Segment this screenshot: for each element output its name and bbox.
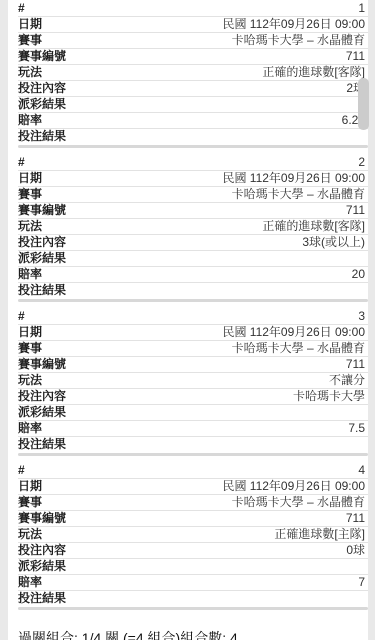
event-row: 賽事 卡哈瑪卡大學 – 水晶體育 bbox=[8, 494, 368, 510]
payout-result-row: 派彩結果 bbox=[8, 404, 368, 420]
bet-block-2: # 2 日期 民國 112年09月26日 09:00 賽事 卡哈瑪卡大學 – 水… bbox=[8, 154, 368, 298]
play-row: 玩法 正確的進球數[客隊] bbox=[8, 64, 368, 80]
date-row: 日期 民國 112年09月26日 09:00 bbox=[8, 170, 368, 186]
bet-content-label: 投注內容 bbox=[18, 388, 66, 404]
parlay-summary: 過關組合: 1/4 關 (=4 組合)組合數: 4 bbox=[8, 616, 368, 640]
play-row: 玩法 正確的進球數[客隊] bbox=[8, 218, 368, 234]
play-label: 玩法 bbox=[18, 372, 42, 388]
event-row: 賽事 卡哈瑪卡大學 – 水晶體育 bbox=[8, 32, 368, 48]
index-value: 2 bbox=[358, 154, 365, 170]
bet-result-row: 投注結果 bbox=[8, 590, 368, 606]
event-no-row: 賽事編號 711 bbox=[8, 356, 368, 372]
payout-result-row: 派彩結果 bbox=[8, 558, 368, 574]
bet-result-row: 投注結果 bbox=[8, 436, 368, 452]
bet-content-value: 0球 bbox=[346, 542, 365, 558]
payout-result-label: 派彩結果 bbox=[18, 558, 66, 574]
date-row: 日期 民國 112年09月26日 09:00 bbox=[8, 16, 368, 32]
payout-result-label: 派彩結果 bbox=[18, 250, 66, 266]
bet-result-label: 投注結果 bbox=[18, 282, 66, 298]
event-label: 賽事 bbox=[18, 186, 42, 202]
bet-content-value: 卡哈瑪卡大學 bbox=[293, 388, 365, 404]
odds-row: 賠率 6.25 bbox=[8, 112, 368, 128]
bet-content-label: 投注內容 bbox=[18, 234, 66, 250]
index-row: # 1 bbox=[8, 0, 368, 16]
odds-row: 賠率 20 bbox=[8, 266, 368, 282]
odds-label: 賠率 bbox=[18, 266, 42, 282]
date-row: 日期 民國 112年09月26日 09:00 bbox=[8, 478, 368, 494]
date-label: 日期 bbox=[18, 16, 42, 32]
play-row: 玩法 正確進球數[主隊] bbox=[8, 526, 368, 542]
event-no-label: 賽事編號 bbox=[18, 356, 66, 372]
odds-label: 賠率 bbox=[18, 574, 42, 590]
bet-block-4: # 4 日期 民國 112年09月26日 09:00 賽事 卡哈瑪卡大學 – 水… bbox=[8, 462, 368, 606]
bet-block-1: # 1 日期 民國 112年09月26日 09:00 賽事 卡哈瑪卡大學 – 水… bbox=[8, 0, 368, 144]
event-no-label: 賽事編號 bbox=[18, 510, 66, 526]
odds-value: 7 bbox=[358, 574, 365, 590]
payout-result-label: 派彩結果 bbox=[18, 404, 66, 420]
play-value: 不讓分 bbox=[329, 372, 365, 388]
play-value: 正確的進球數[客隊] bbox=[262, 64, 365, 80]
scrollbar[interactable] bbox=[358, 78, 369, 130]
bet-content-row: 投注內容 3球(或以上) bbox=[8, 234, 368, 250]
date-value: 民國 112年09月26日 09:00 bbox=[222, 478, 365, 494]
index-value: 4 bbox=[358, 462, 365, 478]
bet-content-row: 投注內容 2球 bbox=[8, 80, 368, 96]
bet-content-row: 投注內容 0球 bbox=[8, 542, 368, 558]
event-no-value: 711 bbox=[346, 356, 365, 372]
index-value: 1 bbox=[358, 0, 365, 16]
event-value: 卡哈瑪卡大學 – 水晶體育 bbox=[232, 186, 365, 202]
bet-result-label: 投注結果 bbox=[18, 128, 66, 144]
date-value: 民國 112年09月26日 09:00 bbox=[222, 324, 365, 340]
payout-result-row: 派彩結果 bbox=[8, 96, 368, 112]
bet-result-label: 投注結果 bbox=[18, 436, 66, 452]
index-label: # bbox=[18, 462, 25, 478]
index-row: # 4 bbox=[8, 462, 368, 478]
odds-row: 賠率 7.5 bbox=[8, 420, 368, 436]
play-label: 玩法 bbox=[18, 64, 42, 80]
event-no-row: 賽事編號 711 bbox=[8, 202, 368, 218]
event-no-value: 711 bbox=[346, 510, 365, 526]
index-label: # bbox=[18, 0, 25, 16]
date-label: 日期 bbox=[18, 170, 42, 186]
block-divider bbox=[18, 607, 368, 610]
index-row: # 2 bbox=[8, 154, 368, 170]
date-label: 日期 bbox=[18, 324, 42, 340]
odds-label: 賠率 bbox=[18, 420, 42, 436]
index-row: # 3 bbox=[8, 308, 368, 324]
play-value: 正確的進球數[客隊] bbox=[262, 218, 365, 234]
event-label: 賽事 bbox=[18, 340, 42, 356]
event-row: 賽事 卡哈瑪卡大學 – 水晶體育 bbox=[8, 340, 368, 356]
date-value: 民國 112年09月26日 09:00 bbox=[222, 16, 365, 32]
date-row: 日期 民國 112年09月26日 09:00 bbox=[8, 324, 368, 340]
payout-result-label: 派彩結果 bbox=[18, 96, 66, 112]
event-no-label: 賽事編號 bbox=[18, 48, 66, 64]
event-no-row: 賽事編號 711 bbox=[8, 48, 368, 64]
event-value: 卡哈瑪卡大學 – 水晶體育 bbox=[232, 340, 365, 356]
event-no-row: 賽事編號 711 bbox=[8, 510, 368, 526]
event-value: 卡哈瑪卡大學 – 水晶體育 bbox=[232, 32, 365, 48]
play-row: 玩法 不讓分 bbox=[8, 372, 368, 388]
bet-content-label: 投注內容 bbox=[18, 542, 66, 558]
bet-content-row: 投注內容 卡哈瑪卡大學 bbox=[8, 388, 368, 404]
bet-result-row: 投注結果 bbox=[8, 282, 368, 298]
bet-result-label: 投注結果 bbox=[18, 590, 66, 606]
event-row: 賽事 卡哈瑪卡大學 – 水晶體育 bbox=[8, 186, 368, 202]
play-label: 玩法 bbox=[18, 526, 42, 542]
event-no-label: 賽事編號 bbox=[18, 202, 66, 218]
event-no-value: 711 bbox=[346, 48, 365, 64]
bet-content-label: 投注內容 bbox=[18, 80, 66, 96]
bet-block-3: # 3 日期 民國 112年09月26日 09:00 賽事 卡哈瑪卡大學 – 水… bbox=[8, 308, 368, 452]
index-value: 3 bbox=[358, 308, 365, 324]
block-divider bbox=[18, 453, 368, 456]
odds-value: 20 bbox=[352, 266, 365, 282]
odds-value: 7.5 bbox=[348, 420, 365, 436]
odds-label: 賠率 bbox=[18, 112, 42, 128]
date-label: 日期 bbox=[18, 478, 42, 494]
play-value: 正確進球數[主隊] bbox=[274, 526, 365, 542]
block-divider bbox=[18, 299, 368, 302]
event-label: 賽事 bbox=[18, 494, 42, 510]
event-value: 卡哈瑪卡大學 – 水晶體育 bbox=[232, 494, 365, 510]
bet-result-row: 投注結果 bbox=[8, 128, 368, 144]
bet-content-value: 3球(或以上) bbox=[302, 234, 365, 250]
index-label: # bbox=[18, 154, 25, 170]
date-value: 民國 112年09月26日 09:00 bbox=[222, 170, 365, 186]
play-label: 玩法 bbox=[18, 218, 42, 234]
event-no-value: 711 bbox=[346, 202, 365, 218]
event-label: 賽事 bbox=[18, 32, 42, 48]
block-divider bbox=[18, 145, 368, 148]
payout-result-row: 派彩結果 bbox=[8, 250, 368, 266]
odds-row: 賠率 7 bbox=[8, 574, 368, 590]
index-label: # bbox=[18, 308, 25, 324]
bet-history-table: # 1 日期 民國 112年09月26日 09:00 賽事 卡哈瑪卡大學 – 水… bbox=[8, 0, 368, 640]
